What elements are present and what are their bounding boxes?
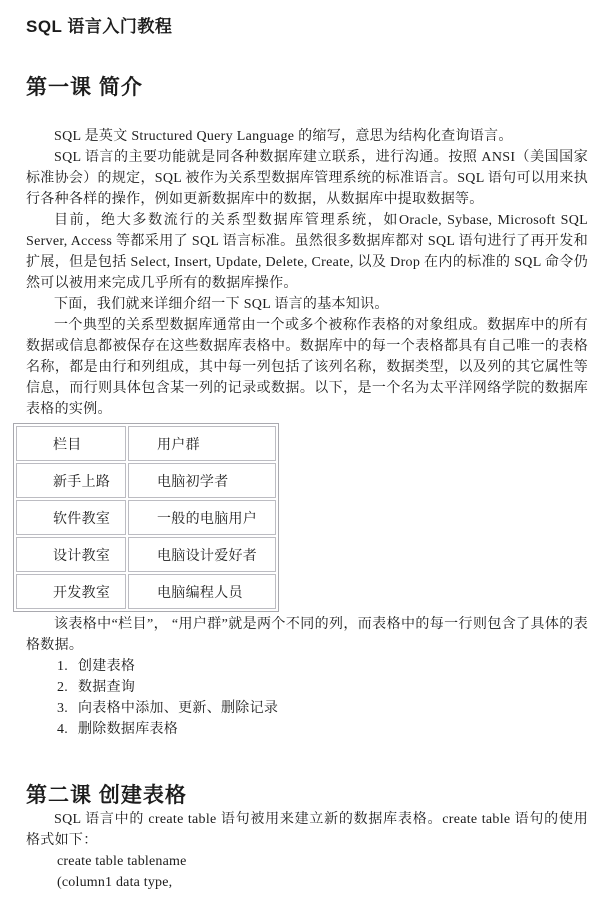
example-database-table: 栏目 用户群 新手上路 电脑初学者 软件教室 一般的电脑用户 设计教室 电脑设计… bbox=[13, 423, 279, 612]
table-cell: 一般的电脑用户 bbox=[128, 500, 276, 535]
table-cell: 设计教室 bbox=[16, 537, 126, 572]
table-cell: 电脑设计爱好者 bbox=[128, 537, 276, 572]
list-item: 1.创建表格 bbox=[57, 656, 588, 677]
table-row: 软件教室 一般的电脑用户 bbox=[16, 500, 276, 535]
table-cell: 电脑编程人员 bbox=[128, 574, 276, 609]
list-item-label: 创建表格 bbox=[78, 659, 135, 674]
section-1-body: SQL 是英文 Structured Query Language 的缩写，意思… bbox=[26, 126, 588, 420]
table-row: 开发教室 电脑编程人员 bbox=[16, 574, 276, 609]
list-item-label: 删除数据库表格 bbox=[78, 722, 178, 737]
list-item-marker: 1. bbox=[57, 656, 71, 677]
paragraph: 下面，我们就来详细介绍一下 SQL 语言的基本知识。 bbox=[26, 294, 588, 315]
code-line: create table tablename bbox=[57, 851, 588, 872]
section-1-heading: 第一课 简介 bbox=[26, 74, 588, 101]
table-header-row: 栏目 用户群 bbox=[16, 426, 276, 461]
list-item-marker: 3. bbox=[57, 698, 71, 719]
table-row: 新手上路 电脑初学者 bbox=[16, 463, 276, 498]
paragraph: SQL 语言的主要功能就是同各种数据库建立联系，进行沟通。按照 ANSI（美国国… bbox=[26, 147, 588, 210]
list-item-marker: 2. bbox=[57, 677, 71, 698]
paragraph: SQL 语言中的 create table 语句被用来建立新的数据库表格。cre… bbox=[26, 809, 588, 851]
list-item-label: 数据查询 bbox=[78, 680, 135, 695]
after-table-paragraph: 该表格中“栏目”， “用户群”就是两个不同的列，而表格中的每一行则包含了具体的表… bbox=[26, 614, 588, 656]
table-row: 设计教室 电脑设计爱好者 bbox=[16, 537, 276, 572]
section-2-heading: 第二课 创建表格 bbox=[26, 782, 588, 809]
list-item-marker: 4. bbox=[57, 719, 71, 740]
list-item: 3.向表格中添加、更新、删除记录 bbox=[57, 698, 588, 719]
paragraph: 目前，绝大多数流行的关系型数据库管理系统，如Oracle, Sybase, Mi… bbox=[26, 210, 588, 294]
list-item: 4.删除数据库表格 bbox=[57, 719, 588, 740]
table-cell: 软件教室 bbox=[16, 500, 126, 535]
table-header-cell: 栏目 bbox=[16, 426, 126, 461]
paragraph: 一个典型的关系型数据库通常由一个或多个被称作表格的对象组成。数据库中的所有数据或… bbox=[26, 315, 588, 420]
list-item-label: 向表格中添加、更新、删除记录 bbox=[78, 701, 278, 716]
table-cell: 开发教室 bbox=[16, 574, 126, 609]
sql-syntax-block: create table tablename (column1 data typ… bbox=[26, 851, 588, 893]
paragraph: SQL 是英文 Structured Query Language 的缩写，意思… bbox=[26, 126, 588, 147]
numbered-list: 1.创建表格 2.数据查询 3.向表格中添加、更新、删除记录 4.删除数据库表格 bbox=[57, 656, 588, 740]
list-item: 2.数据查询 bbox=[57, 677, 588, 698]
doc-title: SQL 语言入门教程 bbox=[26, 16, 588, 38]
table-cell: 电脑初学者 bbox=[128, 463, 276, 498]
table-header-cell: 用户群 bbox=[128, 426, 276, 461]
document-page: SQL 语言入门教程 第一课 简介 SQL 是英文 Structured Que… bbox=[0, 0, 614, 919]
code-line: (column1 data type, bbox=[57, 872, 588, 893]
table-cell: 新手上路 bbox=[16, 463, 126, 498]
